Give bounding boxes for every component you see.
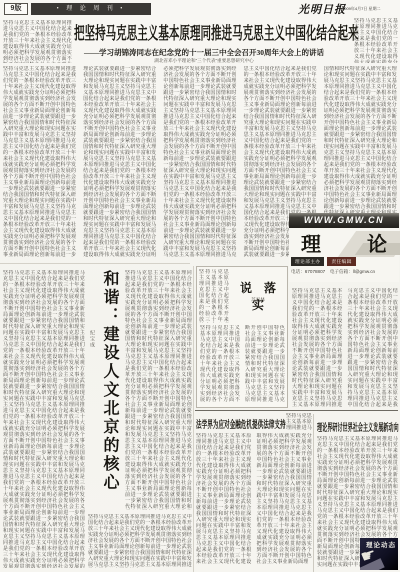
edition-number: 9版 [4, 3, 28, 15]
law-headline-text: 法学界为应对金融危机提供法律支持 [196, 416, 286, 431]
hexie-author: 纪宝成 [87, 330, 96, 372]
main-headline-text: 把坚持马克思主义基本原理同推进马克思主义中国化结合起来 [74, 19, 359, 44]
hexie-article-column-right: 坚持马克思主义基本原理同推进马克思主义中国化结合起来是我们党的一条根本经验改革开… [125, 270, 192, 510]
hexie-vertical-headline: 和谐：建设人文北京的核心 [97, 270, 121, 510]
section-title: 理 论 周 刊 [66, 6, 116, 12]
lead-paragraph: 坚持马克思主义基本原理同推进马克思主义中国化结合起来是我们党的一条根本经验改革开… [3, 20, 72, 63]
bottom-section-rule [195, 410, 398, 411]
editor-info-row: 理论部主办 责任编辑 [291, 257, 397, 266]
main-headline: 把坚持马克思主义基本原理同推进马克思主义中国化结合起来 [74, 19, 358, 45]
main-subtitle: ——学习胡锦涛同志在纪念党的十一届三中全会召开30周年大会上的讲话 [76, 47, 332, 58]
law-article-body: 坚持马克思主义基本原理同推进马克思主义中国化结合起来是我们党的一条根本经验改革开… [196, 433, 312, 570]
banner-bullet-left: • [57, 6, 62, 12]
theory-title-char: 论 [367, 228, 387, 257]
contact-line: 电话：67078807 电子信箱：ll@gmw.cn [291, 269, 397, 275]
newspaper-page: 9版 • 理 论 周 刊 • 光明日报 2009年4月7日 星期二 坚持马克思主… [0, 0, 400, 572]
law-article-byline: 坚持马克思主义基本原理同推进马克思主义中国化结合 [286, 413, 312, 430]
theory-branding-box: WWW.GMW.CN 理 论 理论部主办 责任编辑 电话：67078807 电子… [289, 213, 399, 282]
theory-section-title: 理 论 [289, 230, 399, 254]
world-socialism-headline-text: 理论界研讨世界社会主义发展新动向 [317, 419, 399, 434]
shuoluoshi-box: 坚持马克思主义基本原理同推进马克思主义中国化结合起来是我们党的一条根本经验改革开… [196, 266, 288, 408]
issue-date: 2009年4月7日 星期二 [342, 6, 398, 12]
law-article-headline: 法学界为应对金融危机提供法律支持 [196, 415, 286, 429]
host-chip: 理论部主办 [291, 257, 324, 266]
theory-trends-logo: 理论动态 ☛ [360, 538, 398, 570]
hexie-article-column-bottom: 坚持马克思主义基本原理同推进马克思主义中国化结合起来是我们党的一条根本经验改革开… [88, 514, 192, 568]
gmw-url-banner: WWW.GMW.CN [289, 213, 399, 228]
editor-chip: 责任编辑 [327, 257, 355, 266]
bottom-column-divider [313, 414, 314, 572]
banner-bullet-right: • [120, 6, 125, 12]
theory-title-char: 理 [301, 228, 321, 257]
column-divider [193, 266, 194, 572]
shuoluoshi-side-strip: 坚持马克思主义基本原理同推进马克思主义中国化结合起来是我们党的一条根本经验改革开… [199, 269, 229, 323]
section-divider [0, 263, 190, 264]
body-column-right-top: 坚持马克思主义基本原理同推进马克思主义中国化结合起来是我们党的一条根本经验改革开… [354, 18, 398, 63]
section-banner: • 理 论 周 刊 • [31, 3, 151, 15]
shuoluoshi-title: 说 落 实 [229, 279, 287, 313]
shuoluoshi-body: 坚持马克思主义基本原理同推进马克思主义中国化结合起来是我们党的一条根本经验改革开… [200, 325, 285, 405]
main-byline: 湖北省邓小平理论和“三个代表”重要思想研究中心 [96, 58, 312, 64]
hexie-article-column-left: 坚持马克思主义基本原理同推进马克思主义中国化结合起来是我们党的一条根本经验改革开… [3, 270, 85, 568]
world-socialism-headline: 理论界研讨世界社会主义发展新动向 [317, 418, 399, 432]
shuoluoshi-author: 苏百林 [229, 297, 287, 303]
mid-right-text-block: 坚持马克思主义基本原理同推进马克思主义中国化结合起来是我们党的一条根本经验改革开… [292, 288, 398, 408]
